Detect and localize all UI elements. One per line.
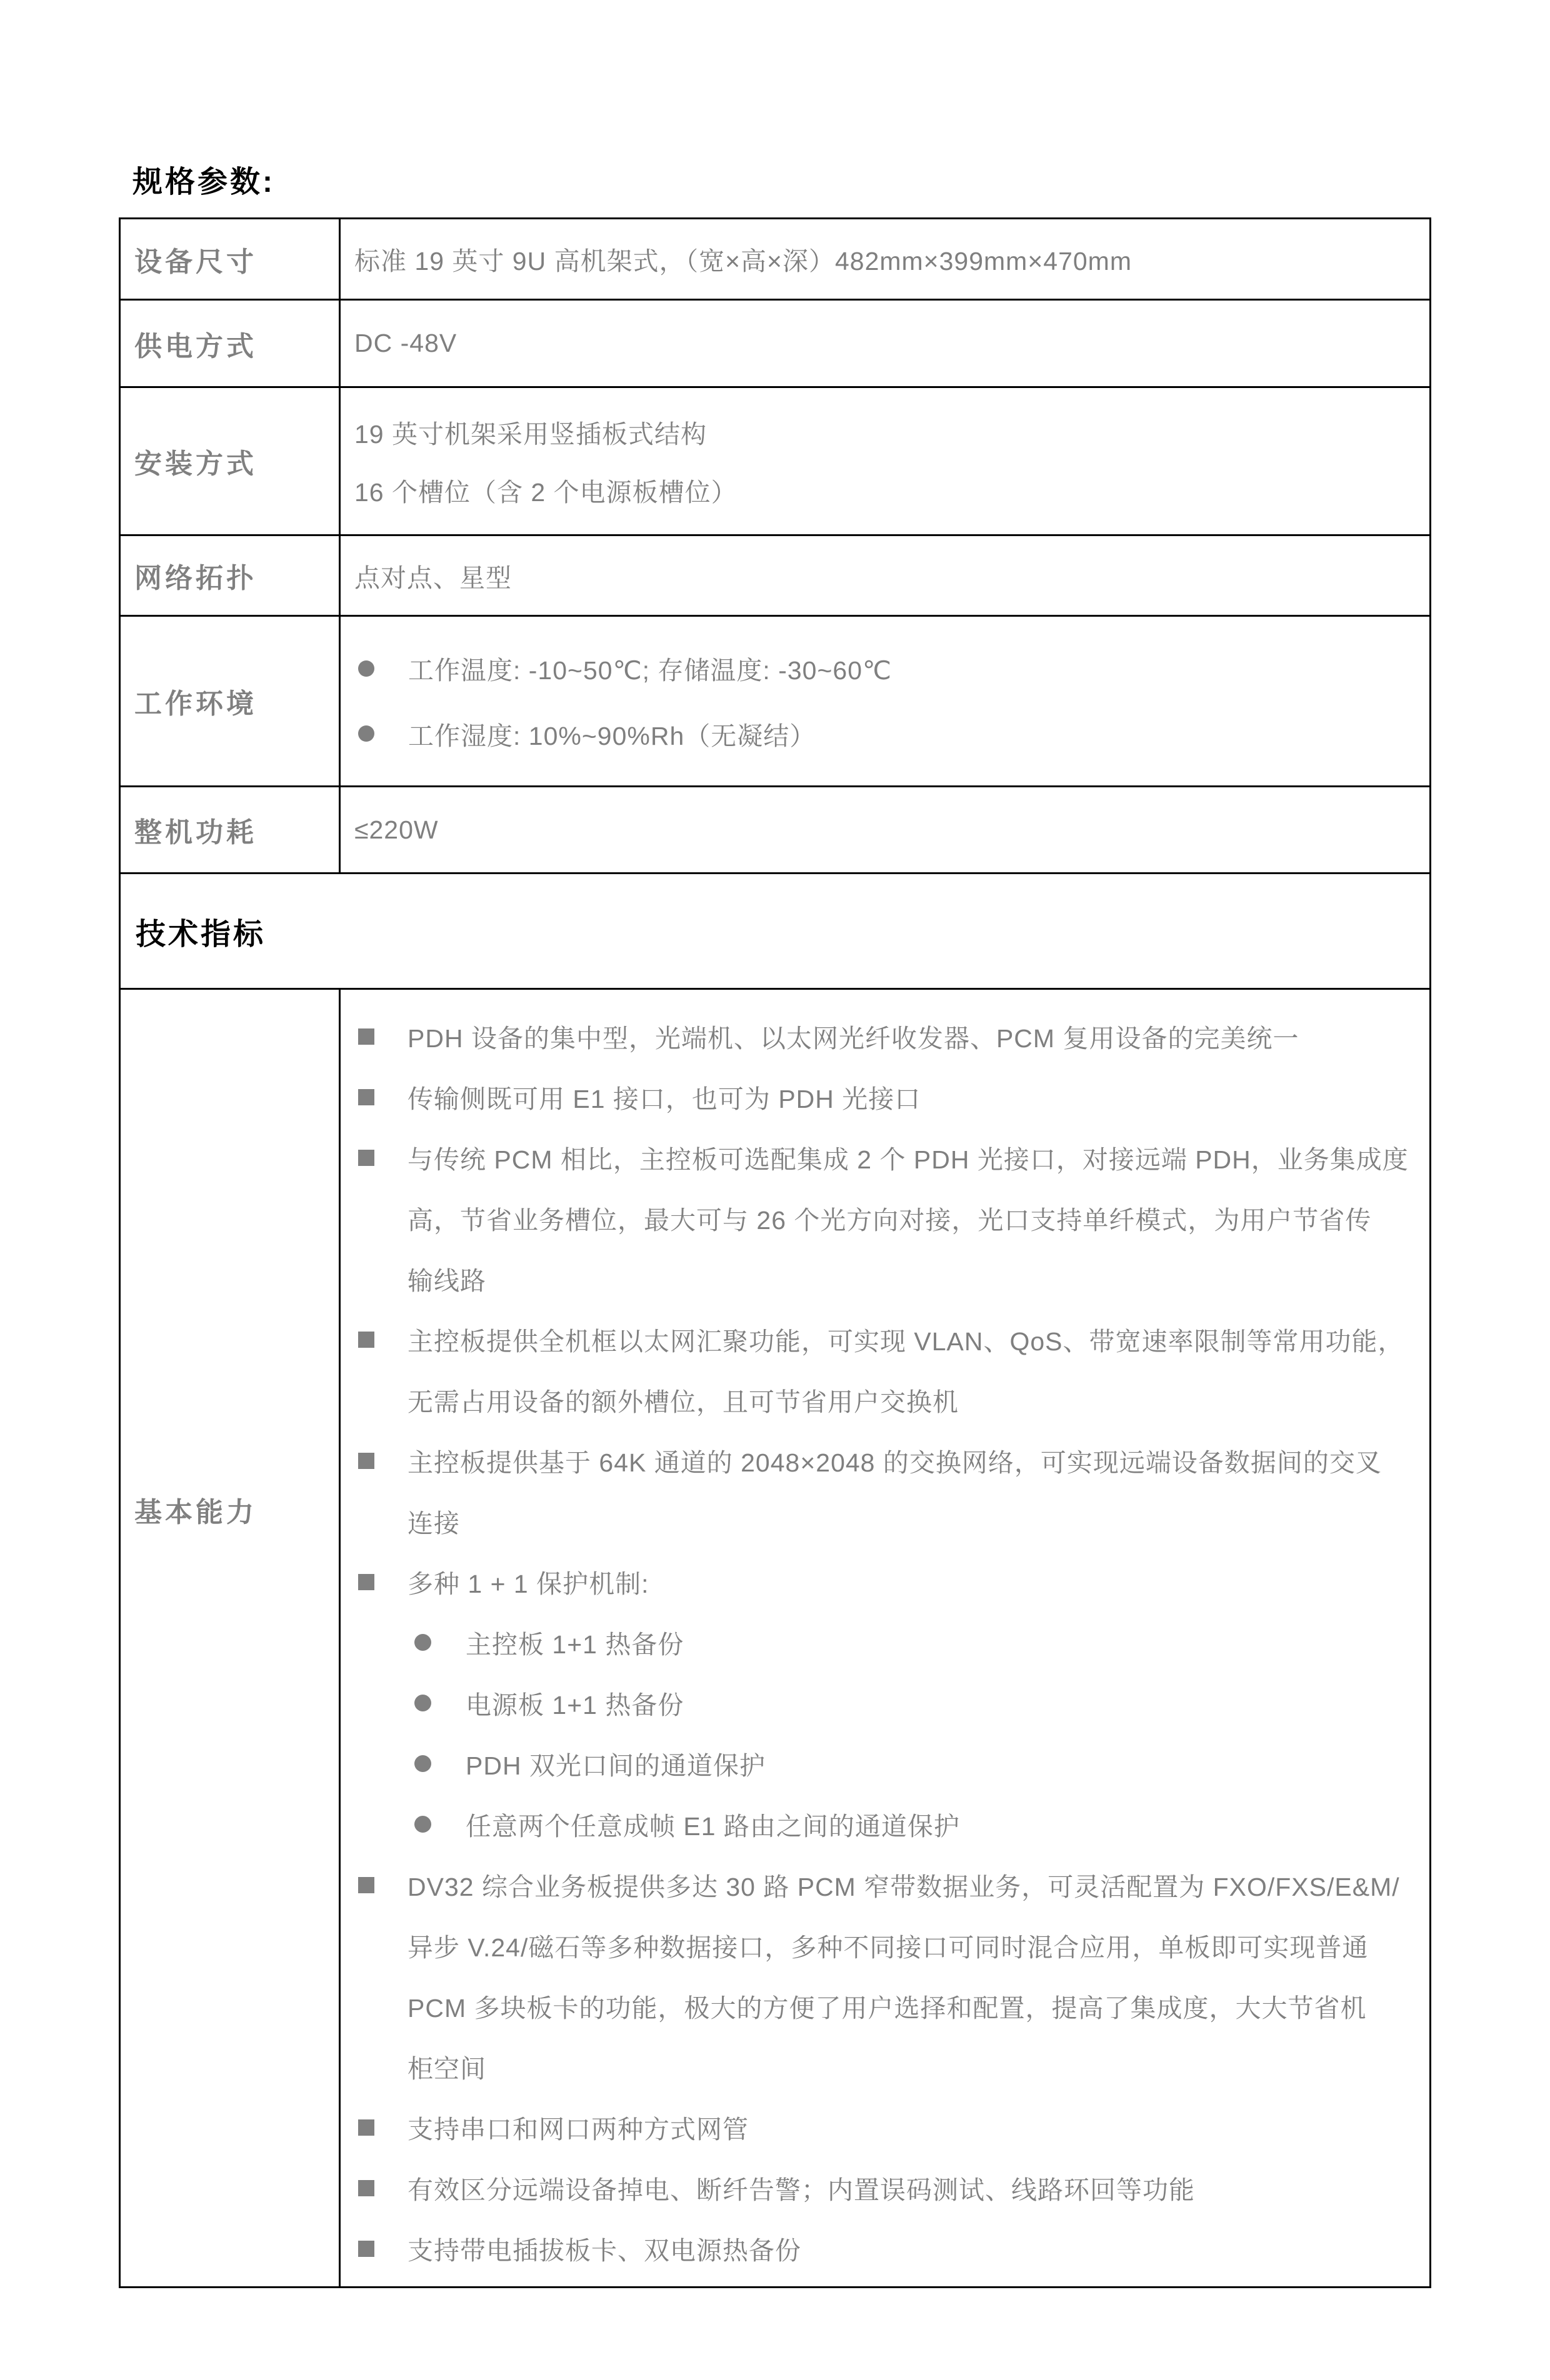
square-bullet-icon [358, 1332, 374, 1348]
capability-item-text: 主控板提供全机框以太网汇聚功能，可实现 VLAN、QoS、带宽速率限制等常用功能… [407, 1309, 1404, 1430]
square-bullet-icon [358, 2180, 374, 2196]
square-bullet-icon [358, 1574, 374, 1590]
spec-row-label: 供电方式 [134, 324, 257, 364]
spec-row-label: 设备尺寸 [134, 239, 257, 279]
spec-row-label: 安装方式 [134, 441, 257, 481]
spec-value-line: DC -48V [354, 329, 1407, 358]
spec-value-line: 16 个槽位（含 2 个电源板槽位） [354, 472, 1407, 509]
capability-item-text: 任意两个任意成帧 E1 路由之间的通道保护 [466, 1794, 960, 1855]
capability-item: 传输侧既可用 E1 接口，也可为 PDH 光接口 [341, 1067, 1411, 1127]
tech-specs-title: 技术指标 [136, 910, 266, 953]
capability-item: PDH 设备的集中型，光端机、以太网光纤收发器、PCM 复用设备的完美统一 [341, 1006, 1411, 1067]
spec-row-value-cell: 点对点、星型 [341, 536, 1429, 615]
page-title: 规格参数: [132, 157, 275, 201]
capability-content: PDH 设备的集中型，光端机、以太网光纤收发器、PCM 复用设备的完美统一传输侧… [341, 990, 1429, 2286]
capability-item-text: DV32 综合业务板提供多达 30 路 PCM 窄带数据业务，可灵活配置为 FX… [407, 1855, 1400, 2097]
capability-item: 多种 1 + 1 保护机制: [341, 1551, 1411, 1612]
round-bullet-icon [358, 660, 374, 677]
capability-item-text: 与传统 PCM 相比，主控板可选配集成 2 个 PDH 光接口，对接远端 PDH… [407, 1127, 1409, 1309]
spec-value-line: 标准 19 英寸 9U 高机架式，（宽×高×深）482mm×399mm×470m… [354, 241, 1407, 277]
round-bullet-icon [414, 1634, 431, 1651]
capability-line: PDH 双光口间的通道保护 [466, 1733, 766, 1794]
round-bullet-icon [414, 1816, 431, 1833]
spec-value-text: 工作温度: -10~50℃; 存储温度: -30~60℃ [408, 650, 892, 687]
capability-item: 主控板提供基于 64K 通道的 2048×2048 的交换网络，可实现远端设备数… [341, 1430, 1411, 1551]
capability-line: 与传统 PCM 相比，主控板可选配集成 2 个 PDH 光接口，对接远端 PDH… [407, 1127, 1409, 1188]
capability-line: 输线路 [407, 1248, 1409, 1309]
spec-row-label: 网络拓扑 [134, 555, 257, 595]
capability-sub-item: PDH 双光口间的通道保护 [341, 1733, 1411, 1794]
spec-row-label-cell: 设备尺寸 [121, 219, 341, 299]
capability-item: DV32 综合业务板提供多达 30 路 PCM 窄带数据业务，可灵活配置为 FX… [341, 1855, 1411, 2097]
spec-rows-group: 设备尺寸标准 19 英寸 9U 高机架式，（宽×高×深）482mm×399mm×… [121, 219, 1429, 874]
capability-sub-item: 主控板 1+1 热备份 [341, 1612, 1411, 1673]
spec-value-text: 19 英寸机架采用竖插板式结构 [354, 414, 707, 451]
spec-value-text: 点对点、星型 [354, 557, 512, 594]
capability-item: 主控板提供全机框以太网汇聚功能，可实现 VLAN、QoS、带宽速率限制等常用功能… [341, 1309, 1411, 1430]
square-bullet-icon [358, 1028, 374, 1045]
square-bullet-icon [358, 1089, 374, 1105]
spec-row: 整机功耗≤220W [121, 787, 1429, 874]
round-bullet-icon [358, 725, 374, 742]
capability-line: 支持带电插拔板卡、双电源热备份 [407, 2218, 801, 2279]
square-bullet-icon [358, 2241, 374, 2257]
capability-item-text: 有效区分远端设备掉电、断纤告警；内置误码测试、线路环回等功能 [407, 2158, 1195, 2218]
spec-row-label: 工作环境 [134, 681, 257, 721]
capability-line: 电源板 1+1 热备份 [466, 1673, 684, 1733]
capability-item-text: 支持带电插拔板卡、双电源热备份 [407, 2218, 801, 2279]
spec-row-value-cell: ≤220W [341, 787, 1429, 872]
capability-item-text: 多种 1 + 1 保护机制: [407, 1551, 649, 1612]
spec-value-text: ≤220W [354, 815, 439, 845]
spec-row-label-cell: 网络拓扑 [121, 536, 341, 615]
capability-item: 支持带电插拔板卡、双电源热备份 [341, 2218, 1411, 2279]
capability-line: 多种 1 + 1 保护机制: [407, 1551, 649, 1612]
square-bullet-icon [358, 1453, 374, 1469]
capability-label-cell: 基本能力 [121, 990, 341, 2286]
spec-row-label: 整机功耗 [134, 810, 257, 850]
capability-sub-item: 任意两个任意成帧 E1 路由之间的通道保护 [341, 1794, 1411, 1855]
square-bullet-icon [358, 1150, 374, 1166]
capability-line: 柜空间 [407, 2036, 1400, 2097]
capability-line: DV32 综合业务板提供多达 30 路 PCM 窄带数据业务，可灵活配置为 FX… [407, 1855, 1400, 1915]
round-bullet-icon [414, 1695, 431, 1711]
capability-line: 主控板 1+1 热备份 [466, 1612, 684, 1673]
round-bullet-icon [414, 1755, 431, 1772]
spec-value-text: 工作湿度: 10%~90%Rh（无凝结） [408, 715, 816, 752]
capability-item-text: 主控板 1+1 热备份 [466, 1612, 684, 1673]
capability-item-text: PDH 设备的集中型，光端机、以太网光纤收发器、PCM 复用设备的完美统一 [407, 1006, 1299, 1067]
spec-table: 设备尺寸标准 19 英寸 9U 高机架式，（宽×高×深）482mm×399mm×… [119, 217, 1431, 2288]
capability-item-text: 传输侧既可用 E1 接口，也可为 PDH 光接口 [407, 1067, 921, 1127]
capability-line: 任意两个任意成帧 E1 路由之间的通道保护 [466, 1794, 960, 1855]
spec-row-value-cell: 19 英寸机架采用竖插板式结构16 个槽位（含 2 个电源板槽位） [341, 388, 1429, 534]
capability-line: 传输侧既可用 E1 接口，也可为 PDH 光接口 [407, 1067, 921, 1127]
capability-line: PDH 设备的集中型，光端机、以太网光纤收发器、PCM 复用设备的完美统一 [407, 1006, 1299, 1067]
spec-row: 设备尺寸标准 19 英寸 9U 高机架式，（宽×高×深）482mm×399mm×… [121, 219, 1429, 301]
capability-line: 主控板提供基于 64K 通道的 2048×2048 的交换网络，可实现远端设备数… [407, 1430, 1382, 1491]
spec-row: 安装方式19 英寸机架采用竖插板式结构16 个槽位（含 2 个电源板槽位） [121, 388, 1429, 536]
capability-line: 有效区分远端设备掉电、断纤告警；内置误码测试、线路环回等功能 [407, 2158, 1195, 2218]
spec-row: 工作环境工作温度: -10~50℃; 存储温度: -30~60℃工作湿度: 10… [121, 617, 1429, 787]
document-page: 规格参数: 设备尺寸标准 19 英寸 9U 高机架式，（宽×高×深）482mm×… [0, 0, 1550, 2380]
spec-row: 网络拓扑点对点、星型 [121, 536, 1429, 617]
capability-line: PCM 多块板卡的功能，极大的方便了用户选择和配置，提高了集成度，大大节省机 [407, 1976, 1400, 2036]
spec-value-line: ≤220W [354, 815, 1407, 845]
capability-item-text: 电源板 1+1 热备份 [466, 1673, 684, 1733]
capability-item: 与传统 PCM 相比，主控板可选配集成 2 个 PDH 光接口，对接远端 PDH… [341, 1127, 1411, 1309]
spec-row-value-cell: DC -48V [341, 301, 1429, 386]
capability-sub-item: 电源板 1+1 热备份 [341, 1673, 1411, 1733]
square-bullet-icon [358, 1877, 374, 1893]
spec-value-line: 19 英寸机架采用竖插板式结构 [354, 414, 1407, 451]
capability-line: 无需占用设备的额外槽位，且可节省用户交换机 [407, 1370, 1404, 1430]
spec-value-text: DC -48V [354, 329, 457, 358]
spec-row-value-cell: 工作温度: -10~50℃; 存储温度: -30~60℃工作湿度: 10%~90… [341, 617, 1429, 785]
capability-item-text: 支持串口和网口两种方式网管 [407, 2097, 749, 2158]
spec-row: 供电方式DC -48V [121, 301, 1429, 388]
spec-value-text: 16 个槽位（含 2 个电源板槽位） [354, 472, 737, 509]
spec-row-label-cell: 整机功耗 [121, 787, 341, 872]
capability-item-text: 主控板提供基于 64K 通道的 2048×2048 的交换网络，可实现远端设备数… [407, 1430, 1382, 1551]
capability-item: 支持串口和网口两种方式网管 [341, 2097, 1411, 2158]
spec-value-line: 工作温度: -10~50℃; 存储温度: -30~60℃ [354, 650, 1407, 687]
capability-label: 基本能力 [134, 1497, 257, 1528]
spec-row-value-cell: 标准 19 英寸 9U 高机架式，（宽×高×深）482mm×399mm×470m… [341, 219, 1429, 299]
tech-specs-heading-row: 技术指标 [121, 874, 1429, 990]
capability-item: 有效区分远端设备掉电、断纤告警；内置误码测试、线路环回等功能 [341, 2158, 1411, 2218]
square-bullet-icon [358, 2119, 374, 2136]
capability-line: 异步 V.24/磁石等多种数据接口，多种不同接口可同时混合应用，单板即可实现普通 [407, 1915, 1400, 1976]
capability-row: 基本能力 PDH 设备的集中型，光端机、以太网光纤收发器、PCM 复用设备的完美… [121, 990, 1429, 2286]
capability-line: 支持串口和网口两种方式网管 [407, 2097, 749, 2158]
capability-line: 连接 [407, 1491, 1382, 1551]
capability-line: 高，节省业务槽位，最大可与 26 个光方向对接，光口支持单纤模式，为用户节省传 [407, 1188, 1409, 1248]
spec-value-text: 标准 19 英寸 9U 高机架式，（宽×高×深）482mm×399mm×470m… [354, 241, 1132, 277]
spec-row-label-cell: 工作环境 [121, 617, 341, 785]
spec-row-label-cell: 供电方式 [121, 301, 341, 386]
spec-row-label-cell: 安装方式 [121, 388, 341, 534]
capability-item-text: PDH 双光口间的通道保护 [466, 1733, 766, 1794]
capability-line: 主控板提供全机框以太网汇聚功能，可实现 VLAN、QoS、带宽速率限制等常用功能… [407, 1309, 1404, 1370]
spec-value-line: 工作湿度: 10%~90%Rh（无凝结） [354, 715, 1407, 752]
spec-value-line: 点对点、星型 [354, 557, 1407, 594]
